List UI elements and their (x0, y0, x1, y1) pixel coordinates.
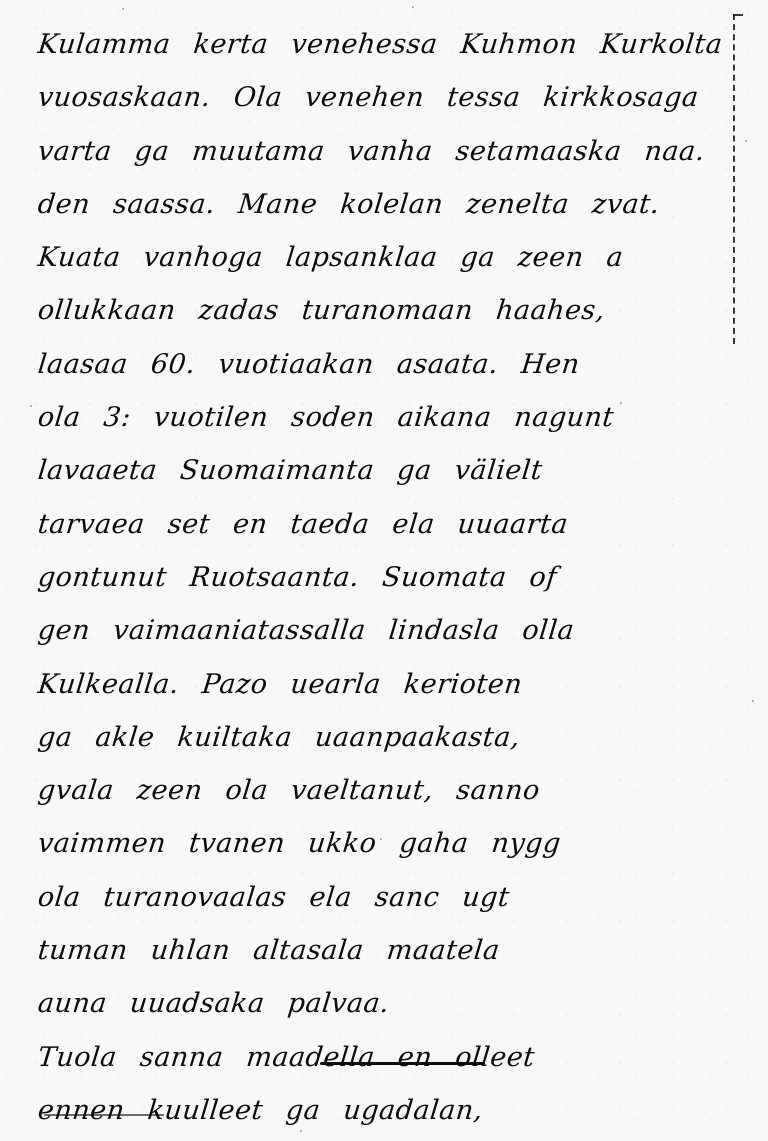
text-line-7: laasaa 60. vuotiaakan asaata. Hen (35, 338, 731, 391)
text-line-1: Kulamma kerta venehessa Kuhmon Kurkolta (35, 18, 731, 71)
text-line-14: ga akle kuiltaka uaanpaakasta, (35, 711, 731, 764)
paper-speck (30, 405, 32, 407)
underline-maadella (320, 1062, 485, 1065)
text-line-18: tuman uhlan altasala maatela (35, 924, 731, 977)
text-line-16: vaimmen tvanen ukko gaha nygg (35, 817, 731, 870)
text-line-10: tarvaea set en taeda ela uuaarta (35, 498, 731, 551)
text-line-15: gvala zeen ola vaeltanut, sanno (35, 764, 731, 817)
margin-corner-mark (733, 14, 743, 16)
text-line-5: Kuata vanhoga lapsanklaa ga zeen a (35, 231, 731, 284)
underline-ennen (44, 1114, 164, 1116)
paper-speck (122, 8, 124, 10)
text-line-21: ennen kuulleet ga ugadalan, (35, 1084, 731, 1137)
text-line-17: ola turanovaalas ela sanc ugt (35, 871, 731, 924)
paper-speck (412, 6, 414, 8)
paper-speck (380, 838, 382, 840)
paper-speck (620, 402, 622, 404)
text-line-2: vuosaskaan. Ola venehen tessa kirkkosaga (35, 71, 731, 124)
text-line-11: gontunut Ruotsaanta. Suomata of (35, 551, 731, 604)
text-line-13: Kulkealla. Pazo uearla kerioten (35, 658, 731, 711)
text-line-6: ollukkaan zadas turanomaan haahes, (35, 284, 731, 337)
text-line-12: gen vaimaaniatassalla lindasla olla (35, 604, 731, 657)
text-line-20: Tuola sanna maadella en olleet (35, 1031, 731, 1084)
right-margin-rule (733, 14, 738, 344)
manuscript-page: Kulamma kerta venehessa Kuhmon Kurkolta … (0, 0, 768, 1141)
paper-speck (752, 700, 754, 702)
text-line-3: varta ga muutama vanha setamaaska naa. (35, 125, 731, 178)
paper-speck (300, 1130, 302, 1132)
text-line-8: ola 3: vuotilen soden aikana nagunt (35, 391, 731, 444)
text-line-19: auna uuadsaka palvaa. (35, 977, 731, 1030)
text-line-9: lavaaeta Suomaimanta ga välielt (35, 444, 731, 497)
handwritten-text-body: Kulamma kerta venehessa Kuhmon Kurkolta … (38, 18, 728, 1137)
paper-speck (745, 140, 747, 142)
text-line-4: den saassa. Mane kolelan zenelta zvat. (35, 178, 731, 231)
